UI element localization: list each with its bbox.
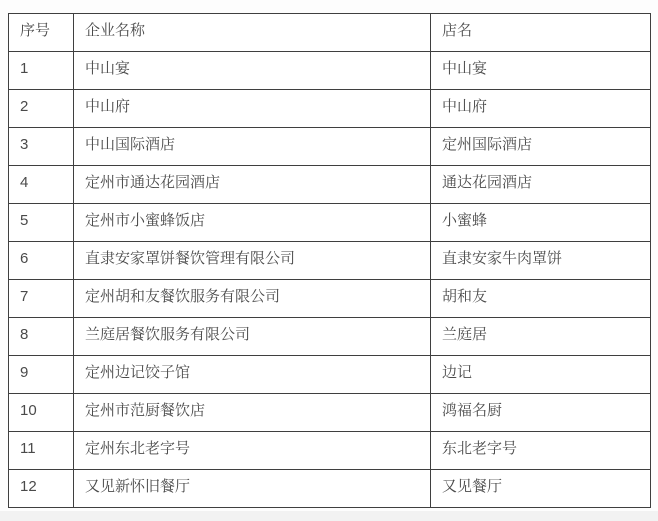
table-cell-shop: 中山宴: [431, 52, 651, 90]
table-cell-company: 定州市范厨餐饮店: [74, 394, 431, 432]
table-row: 8兰庭居餐饮服务有限公司兰庭居: [9, 318, 651, 356]
table-cell-shop: 胡和友: [431, 280, 651, 318]
table-cell-index: 12: [9, 470, 74, 508]
table-row: 5定州市小蜜蜂饭店小蜜蜂: [9, 204, 651, 242]
table-cell-index: 4: [9, 166, 74, 204]
table-cell-index: 11: [9, 432, 74, 470]
table-cell-shop: 直隶安家牛肉罩饼: [431, 242, 651, 280]
table-cell-company: 定州市通达花园酒店: [74, 166, 431, 204]
table-cell-shop: 边记: [431, 356, 651, 394]
table-cell-index: 1: [9, 52, 74, 90]
table-cell-company: 定州市小蜜蜂饭店: [74, 204, 431, 242]
table-cell-index: 5: [9, 204, 74, 242]
table-cell-company: 定州边记饺子馆: [74, 356, 431, 394]
table-row: 6直隶安家罩饼餐饮管理有限公司直隶安家牛肉罩饼: [9, 242, 651, 280]
page: 序号 企业名称 店名 1中山宴中山宴2中山府中山府3中山国际酒店定州国际酒店4定…: [8, 13, 651, 508]
table-cell-index: 6: [9, 242, 74, 280]
table-cell-index: 8: [9, 318, 74, 356]
table-cell-index: 2: [9, 90, 74, 128]
restaurant-table: 序号 企业名称 店名 1中山宴中山宴2中山府中山府3中山国际酒店定州国际酒店4定…: [8, 13, 651, 508]
table-cell-company: 中山宴: [74, 52, 431, 90]
table-cell-shop: 小蜜蜂: [431, 204, 651, 242]
page-bottom-strip: [0, 511, 658, 521]
column-header-index: 序号: [9, 14, 74, 52]
table-cell-company: 定州东北老字号: [74, 432, 431, 470]
table-row: 11定州东北老字号东北老字号: [9, 432, 651, 470]
table-cell-shop: 东北老字号: [431, 432, 651, 470]
column-header-company: 企业名称: [74, 14, 431, 52]
table-row: 7定州胡和友餐饮服务有限公司胡和友: [9, 280, 651, 318]
table-cell-shop: 兰庭居: [431, 318, 651, 356]
table-cell-index: 3: [9, 128, 74, 166]
table-row: 1中山宴中山宴: [9, 52, 651, 90]
table-row: 9定州边记饺子馆边记: [9, 356, 651, 394]
table-cell-company: 中山府: [74, 90, 431, 128]
table-row: 2中山府中山府: [9, 90, 651, 128]
table-cell-shop: 通达花园酒店: [431, 166, 651, 204]
table-cell-company: 中山国际酒店: [74, 128, 431, 166]
table-cell-company: 兰庭居餐饮服务有限公司: [74, 318, 431, 356]
table-cell-index: 7: [9, 280, 74, 318]
column-header-shop: 店名: [431, 14, 651, 52]
table-cell-index: 10: [9, 394, 74, 432]
table-cell-shop: 中山府: [431, 90, 651, 128]
table-cell-shop: 定州国际酒店: [431, 128, 651, 166]
table-row: 12又见新怀旧餐厅又见餐厅: [9, 470, 651, 508]
table-row: 10定州市范厨餐饮店鸿福名厨: [9, 394, 651, 432]
table-cell-index: 9: [9, 356, 74, 394]
table-cell-company: 又见新怀旧餐厅: [74, 470, 431, 508]
table-body: 1中山宴中山宴2中山府中山府3中山国际酒店定州国际酒店4定州市通达花园酒店通达花…: [9, 52, 651, 508]
table-cell-shop: 鸿福名厨: [431, 394, 651, 432]
table-cell-company: 直隶安家罩饼餐饮管理有限公司: [74, 242, 431, 280]
table-cell-company: 定州胡和友餐饮服务有限公司: [74, 280, 431, 318]
table-header-row: 序号 企业名称 店名: [9, 14, 651, 52]
table-row: 3中山国际酒店定州国际酒店: [9, 128, 651, 166]
table-row: 4定州市通达花园酒店通达花园酒店: [9, 166, 651, 204]
table-cell-shop: 又见餐厅: [431, 470, 651, 508]
